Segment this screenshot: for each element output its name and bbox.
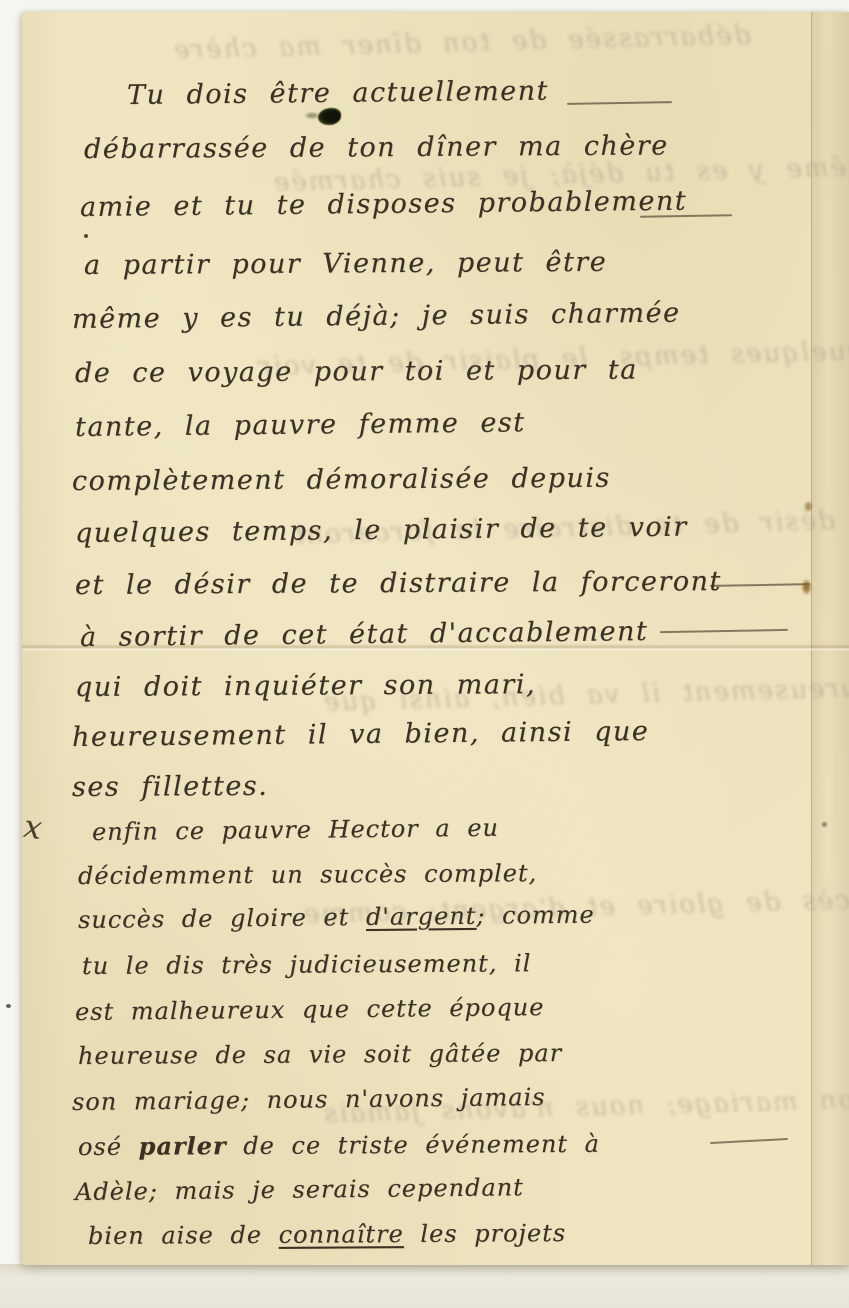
letter-line: osé parler de ce triste événement à <box>78 1129 600 1161</box>
right-fold-strip <box>811 12 849 1265</box>
letter-line: son mariage; nous n'avons jamais <box>72 1083 546 1116</box>
letter-line: heureuse de sa vie soit gâtée par <box>78 1039 562 1070</box>
letter-line: heureusement il va bien, ainsi que <box>72 716 650 753</box>
ink-speck <box>84 234 88 238</box>
letter-line: débarrassée de ton dîner ma chère <box>84 130 669 165</box>
scan-bed-background <box>0 1264 849 1308</box>
foxing-stain <box>805 502 812 511</box>
letter-line: décidemment un succès complet, <box>78 859 537 890</box>
letter-line: bien aise de connaître les projets <box>88 1219 566 1250</box>
pen-flourish-stroke <box>710 583 810 587</box>
letter-page: débarrassée de ton dîner ma chère même y… <box>22 12 849 1265</box>
letter-line: à sortir de cet état d'accablement <box>80 616 649 653</box>
pen-flourish-stroke <box>660 629 788 633</box>
ink-speck <box>822 822 827 827</box>
ink-speck <box>6 1004 11 1008</box>
letter-line: succès de gloire et d'argent; comme <box>78 901 595 934</box>
letter-line: qui doit inquiéter son mari, <box>75 669 536 703</box>
letter-line: est malheureux que cette époque <box>75 993 545 1026</box>
letter-line: même y es tu déjà; je suis charmée <box>72 298 681 335</box>
letter-line: quelques temps, le plaisir de te voir <box>75 512 688 549</box>
letter-line: complètement démoralisée depuis <box>72 463 611 497</box>
letter-line: a partir pour Vienne, peut être <box>84 247 607 281</box>
bleed-through-ghost: débarrassée de ton dîner ma chère <box>172 20 751 65</box>
letter-line: ses fillettes. <box>72 771 268 803</box>
letter-line: Tu dois être actuellement <box>127 76 549 111</box>
foxing-stain <box>802 580 811 594</box>
letter-line: tu le dis très judicieusement, il <box>82 949 532 980</box>
letter-line: de ce voyage pour toi et pour ta <box>75 355 638 389</box>
letter-line: enfin ce pauvre Hector a eu <box>92 814 499 846</box>
letter-line: tante, la pauvre femme est <box>75 407 526 443</box>
letter-line: et le désir de te distraire la forceront <box>75 566 722 601</box>
letter-line: Adèle; mais je serais cependant <box>75 1173 524 1206</box>
pen-flourish-stroke <box>640 214 732 218</box>
pen-flourish-stroke <box>710 1138 788 1144</box>
letter-line: amie et tu te disposes probablement <box>80 186 687 223</box>
margin-cross-mark: x <box>21 807 44 847</box>
pen-flourish-stroke <box>567 101 672 105</box>
ink-blot <box>318 108 341 125</box>
